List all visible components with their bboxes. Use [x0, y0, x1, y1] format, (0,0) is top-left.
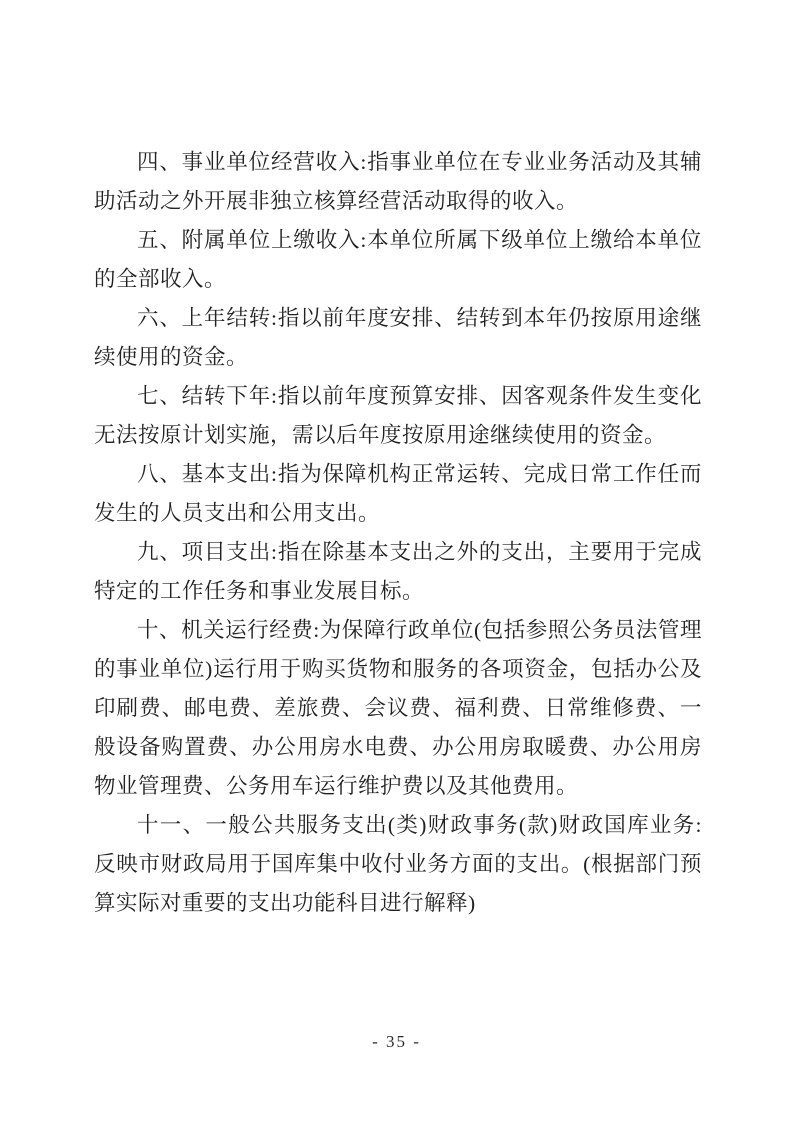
paragraph-basic-expenditure: 八、基本支出:指为保障机构正常运转、完成日常工作任而发生的人员支出和公用支出。	[94, 455, 702, 533]
paragraph-project-expenditure: 九、项目支出:指在除基本支出之外的支出，主要用于完成特定的工作任务和事业发展目标…	[94, 533, 702, 611]
paragraph-operating-income: 四、事业单位经营收入:指事业单位在专业业务活动及其辅助活动之外开展非独立核算经营…	[94, 143, 702, 221]
paragraph-agency-operating-funds: 十、机关运行经费:为保障行政单位(包括参照公务员法管理的事业单位)运行用于购买货…	[94, 611, 702, 806]
paragraph-carryover-from-prior-year: 六、上年结转:指以前年度安排、结转到本年仍按原用途继续使用的资金。	[94, 299, 702, 377]
paragraph-subordinate-unit-income: 五、附属单位上缴收入:本单位所属下级单位上缴给本单位的全部收入。	[94, 221, 702, 299]
page-number: - 35 -	[0, 1032, 793, 1052]
document-body: 四、事业单位经营收入:指事业单位在专业业务活动及其辅助活动之外开展非独立核算经营…	[94, 143, 702, 923]
paragraph-general-public-service-expenditure: 十一、一般公共服务支出(类)财政事务(款)财政国库业务:反映市财政局用于国库集中…	[94, 806, 702, 923]
document-page: 四、事业单位经营收入:指事业单位在专业业务活动及其辅助活动之外开展非独立核算经营…	[0, 0, 793, 1122]
paragraph-carryover-to-next-year: 七、结转下年:指以前年度预算安排、因客观条件发生变化无法按原计划实施，需以后年度…	[94, 377, 702, 455]
